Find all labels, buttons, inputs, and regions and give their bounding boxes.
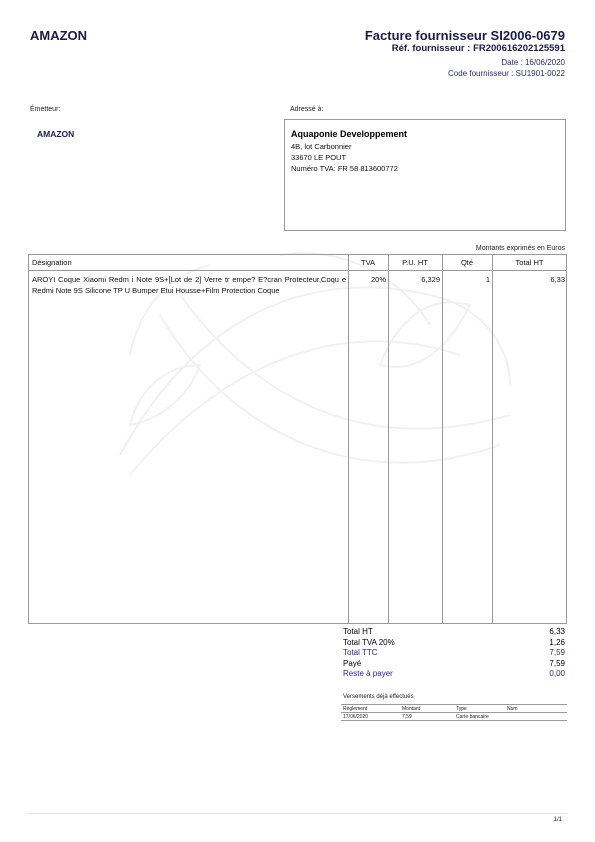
payments-header-row: Règlement Montant Type Num	[341, 704, 567, 713]
recipient-label: Adressé à:	[290, 106, 323, 113]
column-divider	[348, 255, 349, 623]
page-number: 1/1	[554, 817, 562, 823]
invoice-date: Date : 16/06/2020	[501, 58, 565, 67]
payments-header-type: Type	[456, 706, 467, 712]
total-ttc-label: Total TTC	[343, 648, 378, 657]
payments-header-date: Règlement	[343, 706, 367, 712]
line-quantity: 1	[442, 275, 490, 286]
column-header-unit-price: P.U. HT	[388, 258, 442, 267]
total-tva-row: Total TVA 20% 1,26	[343, 638, 565, 649]
paid-row: Payé 7,59	[343, 659, 565, 670]
total-ht-value: 6,33	[549, 627, 565, 636]
recipient-vat-number: Numéro TVA: FR 58 813600772	[291, 164, 398, 173]
payments-header-amount: Montant	[402, 706, 420, 712]
payment-type: Carte bancaire	[456, 714, 489, 720]
remaining-row: Reste à payer 0,00	[343, 669, 565, 680]
totals-block: Total HT 6,33 Total TVA 20% 1,26 Total T…	[343, 627, 565, 680]
emitter-name: AMAZON	[37, 129, 74, 139]
total-tva-value: 1,26	[549, 638, 565, 647]
recipient-name: Aquaponie Developpement	[291, 129, 407, 139]
payments-title: Versements déjà effectués	[343, 694, 414, 700]
recipient-address-line: 33670 LE POUT	[291, 153, 346, 162]
line-unit-price: 6,329	[388, 275, 440, 286]
invoice-lines-table: Désignation TVA P.U. HT Qté Total HT ARO…	[28, 254, 567, 624]
paid-value: 7,59	[549, 659, 565, 668]
payments-table: Règlement Montant Type Num 17/06/2020 7,…	[341, 704, 567, 721]
total-ht-row: Total HT 6,33	[343, 627, 565, 638]
recipient-box: Aquaponie Developpement 4B, lot Carbonni…	[284, 119, 566, 231]
paid-label: Payé	[343, 659, 361, 668]
currency-note: Montants exprimés en Euros	[476, 245, 565, 252]
column-header-designation: Désignation	[32, 258, 72, 267]
line-designation: AROYI Coque Xiaomi Redm i Note 9S+[Lot d…	[32, 275, 346, 296]
remaining-label: Reste à payer	[343, 669, 393, 678]
column-divider	[492, 255, 493, 623]
payments-header-num: Num	[507, 706, 518, 712]
total-ht-label: Total HT	[343, 627, 373, 636]
remaining-value: 0,00	[549, 669, 565, 678]
supplier-code: Code fournisseur : SU1901-0022	[448, 69, 565, 78]
column-header-total-ht: Total HT	[492, 258, 567, 267]
payment-amount: 7,59	[402, 714, 412, 720]
column-header-quantity: Qté	[442, 258, 492, 267]
total-tva-label: Total TVA 20%	[343, 638, 395, 647]
column-header-tva: TVA	[348, 258, 388, 267]
recipient-address-line: 4B, lot Carbonnier	[291, 142, 351, 151]
supplier-reference: Réf. fournisseur : FR200616202125591	[392, 43, 565, 54]
total-ttc-row: Total TTC 7,59	[343, 648, 565, 659]
column-divider	[442, 255, 443, 623]
invoice-title: Facture fournisseur SI2006-0679	[365, 28, 565, 43]
company-name: AMAZON	[30, 28, 87, 43]
column-divider	[388, 255, 389, 623]
payment-date: 17/06/2020	[343, 714, 368, 720]
line-tva: 20%	[348, 275, 386, 286]
payment-row: 17/06/2020 7,59 Carte bancaire	[341, 713, 567, 721]
total-ttc-value: 7,59	[549, 648, 565, 657]
emitter-label: Émetteur:	[30, 106, 60, 113]
line-total-ht: 6,33	[492, 275, 565, 286]
table-header-divider	[29, 270, 566, 271]
footer-divider	[28, 813, 567, 814]
